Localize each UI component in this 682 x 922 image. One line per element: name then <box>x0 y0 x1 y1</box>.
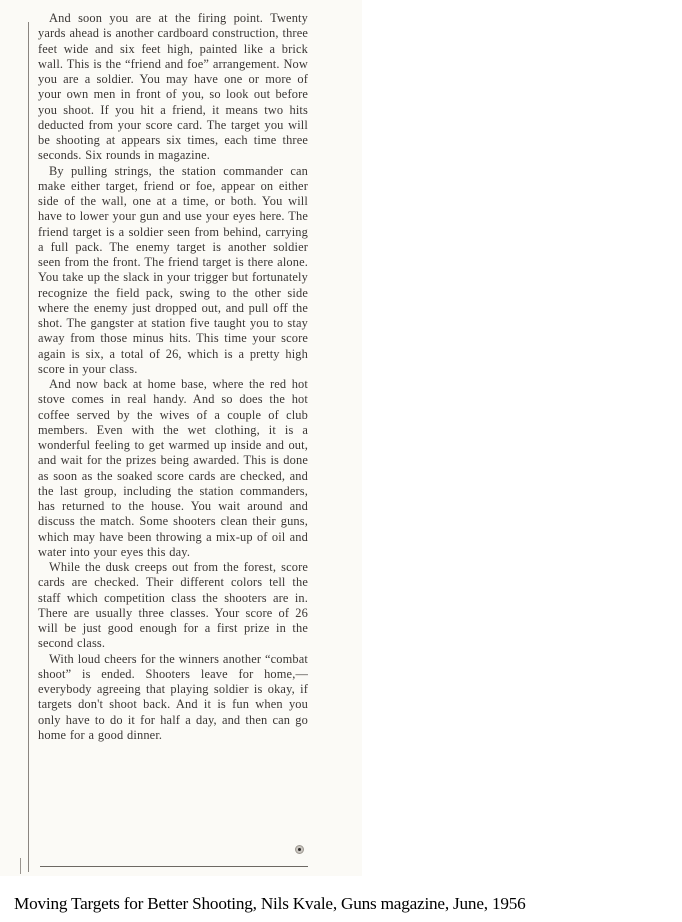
article-bottom-rule <box>40 866 308 867</box>
paragraph-loud-cheers: With loud cheers for the winners another… <box>38 652 308 744</box>
column-left-rule <box>28 22 29 872</box>
page-edge-line <box>20 858 21 874</box>
article-column: And soon you are at the firing point. Tw… <box>38 11 308 743</box>
paragraph-home-base: And now back at home base, where the red… <box>38 377 308 560</box>
paragraph-firing-point: And soon you are at the firing point. Tw… <box>38 11 308 164</box>
paragraph-pulling-strings: By pulling strings, the station commande… <box>38 164 308 378</box>
citation-caption: Moving Targets for Better Shooting, Nils… <box>14 894 674 914</box>
bullseye-end-mark-icon <box>295 845 304 854</box>
paragraph-dusk: While the dusk creeps out from the fores… <box>38 560 308 652</box>
